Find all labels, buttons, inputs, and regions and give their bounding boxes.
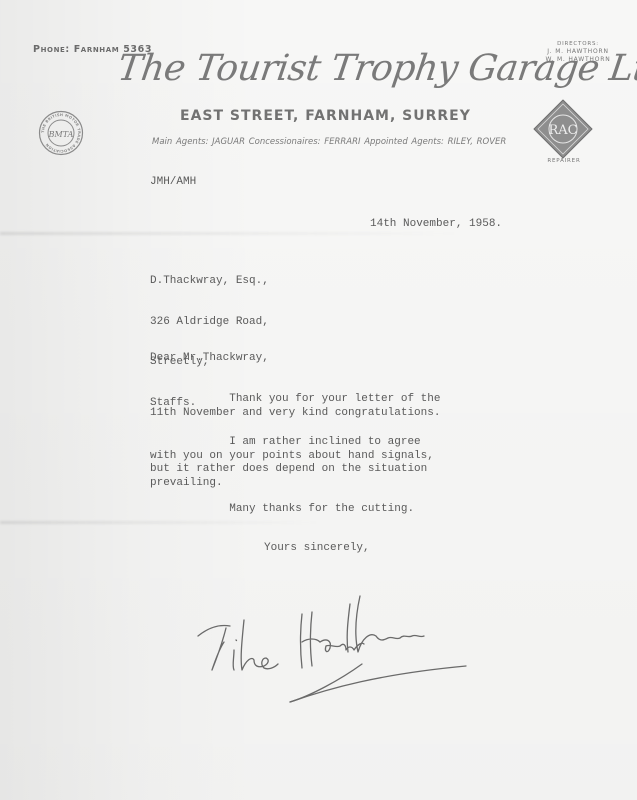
rac-badge-icon: RAC xyxy=(532,98,594,160)
body-paragraph: Many thanks for the cutting. xyxy=(150,503,414,517)
salutation: Dear Mr.Thackwray, xyxy=(150,352,269,366)
recipient-line: 326 Aldridge Road, xyxy=(150,316,269,330)
directors-label: DIRECTORS: xyxy=(528,40,628,48)
company-address: EAST STREET, FARNHAM, SURREY xyxy=(180,108,471,124)
signature: Mike Hawthorn xyxy=(190,584,470,704)
body-paragraph: Thank you for your letter of the 11th No… xyxy=(150,393,440,420)
closing: Yours sincerely, xyxy=(264,542,370,556)
recipient-line: D.Thackwray, Esq., xyxy=(150,275,269,289)
rac-repairer-label: REPAIRER xyxy=(534,158,594,164)
rac-monogram: RAC xyxy=(548,123,577,138)
bmta-seal-icon: THE BRITISH MOTOR TRADE ASSOCIATION BMTA xyxy=(38,110,84,156)
body-paragraph: I am rather inclined to agree with you o… xyxy=(150,436,434,490)
paper-fold-line xyxy=(0,521,320,524)
director-name: W. M. HAWTHORN xyxy=(528,56,628,64)
bmta-monogram: BMTA xyxy=(48,130,74,139)
letter-reference: JMH/AMH xyxy=(150,176,196,190)
directors-block: DIRECTORS: J. M. HAWTHORN W. M. HAWTHORN xyxy=(528,40,628,64)
letter-date: 14th November, 1958. xyxy=(370,218,502,232)
letter-paper: Phone: Farnham 5363 The Tourist Trophy G… xyxy=(0,0,637,800)
agents-line: Main Agents: JAGUAR Concessionaires: FER… xyxy=(152,137,506,147)
paper-fold-line xyxy=(0,232,460,235)
director-name: J. M. HAWTHORN xyxy=(528,48,628,56)
